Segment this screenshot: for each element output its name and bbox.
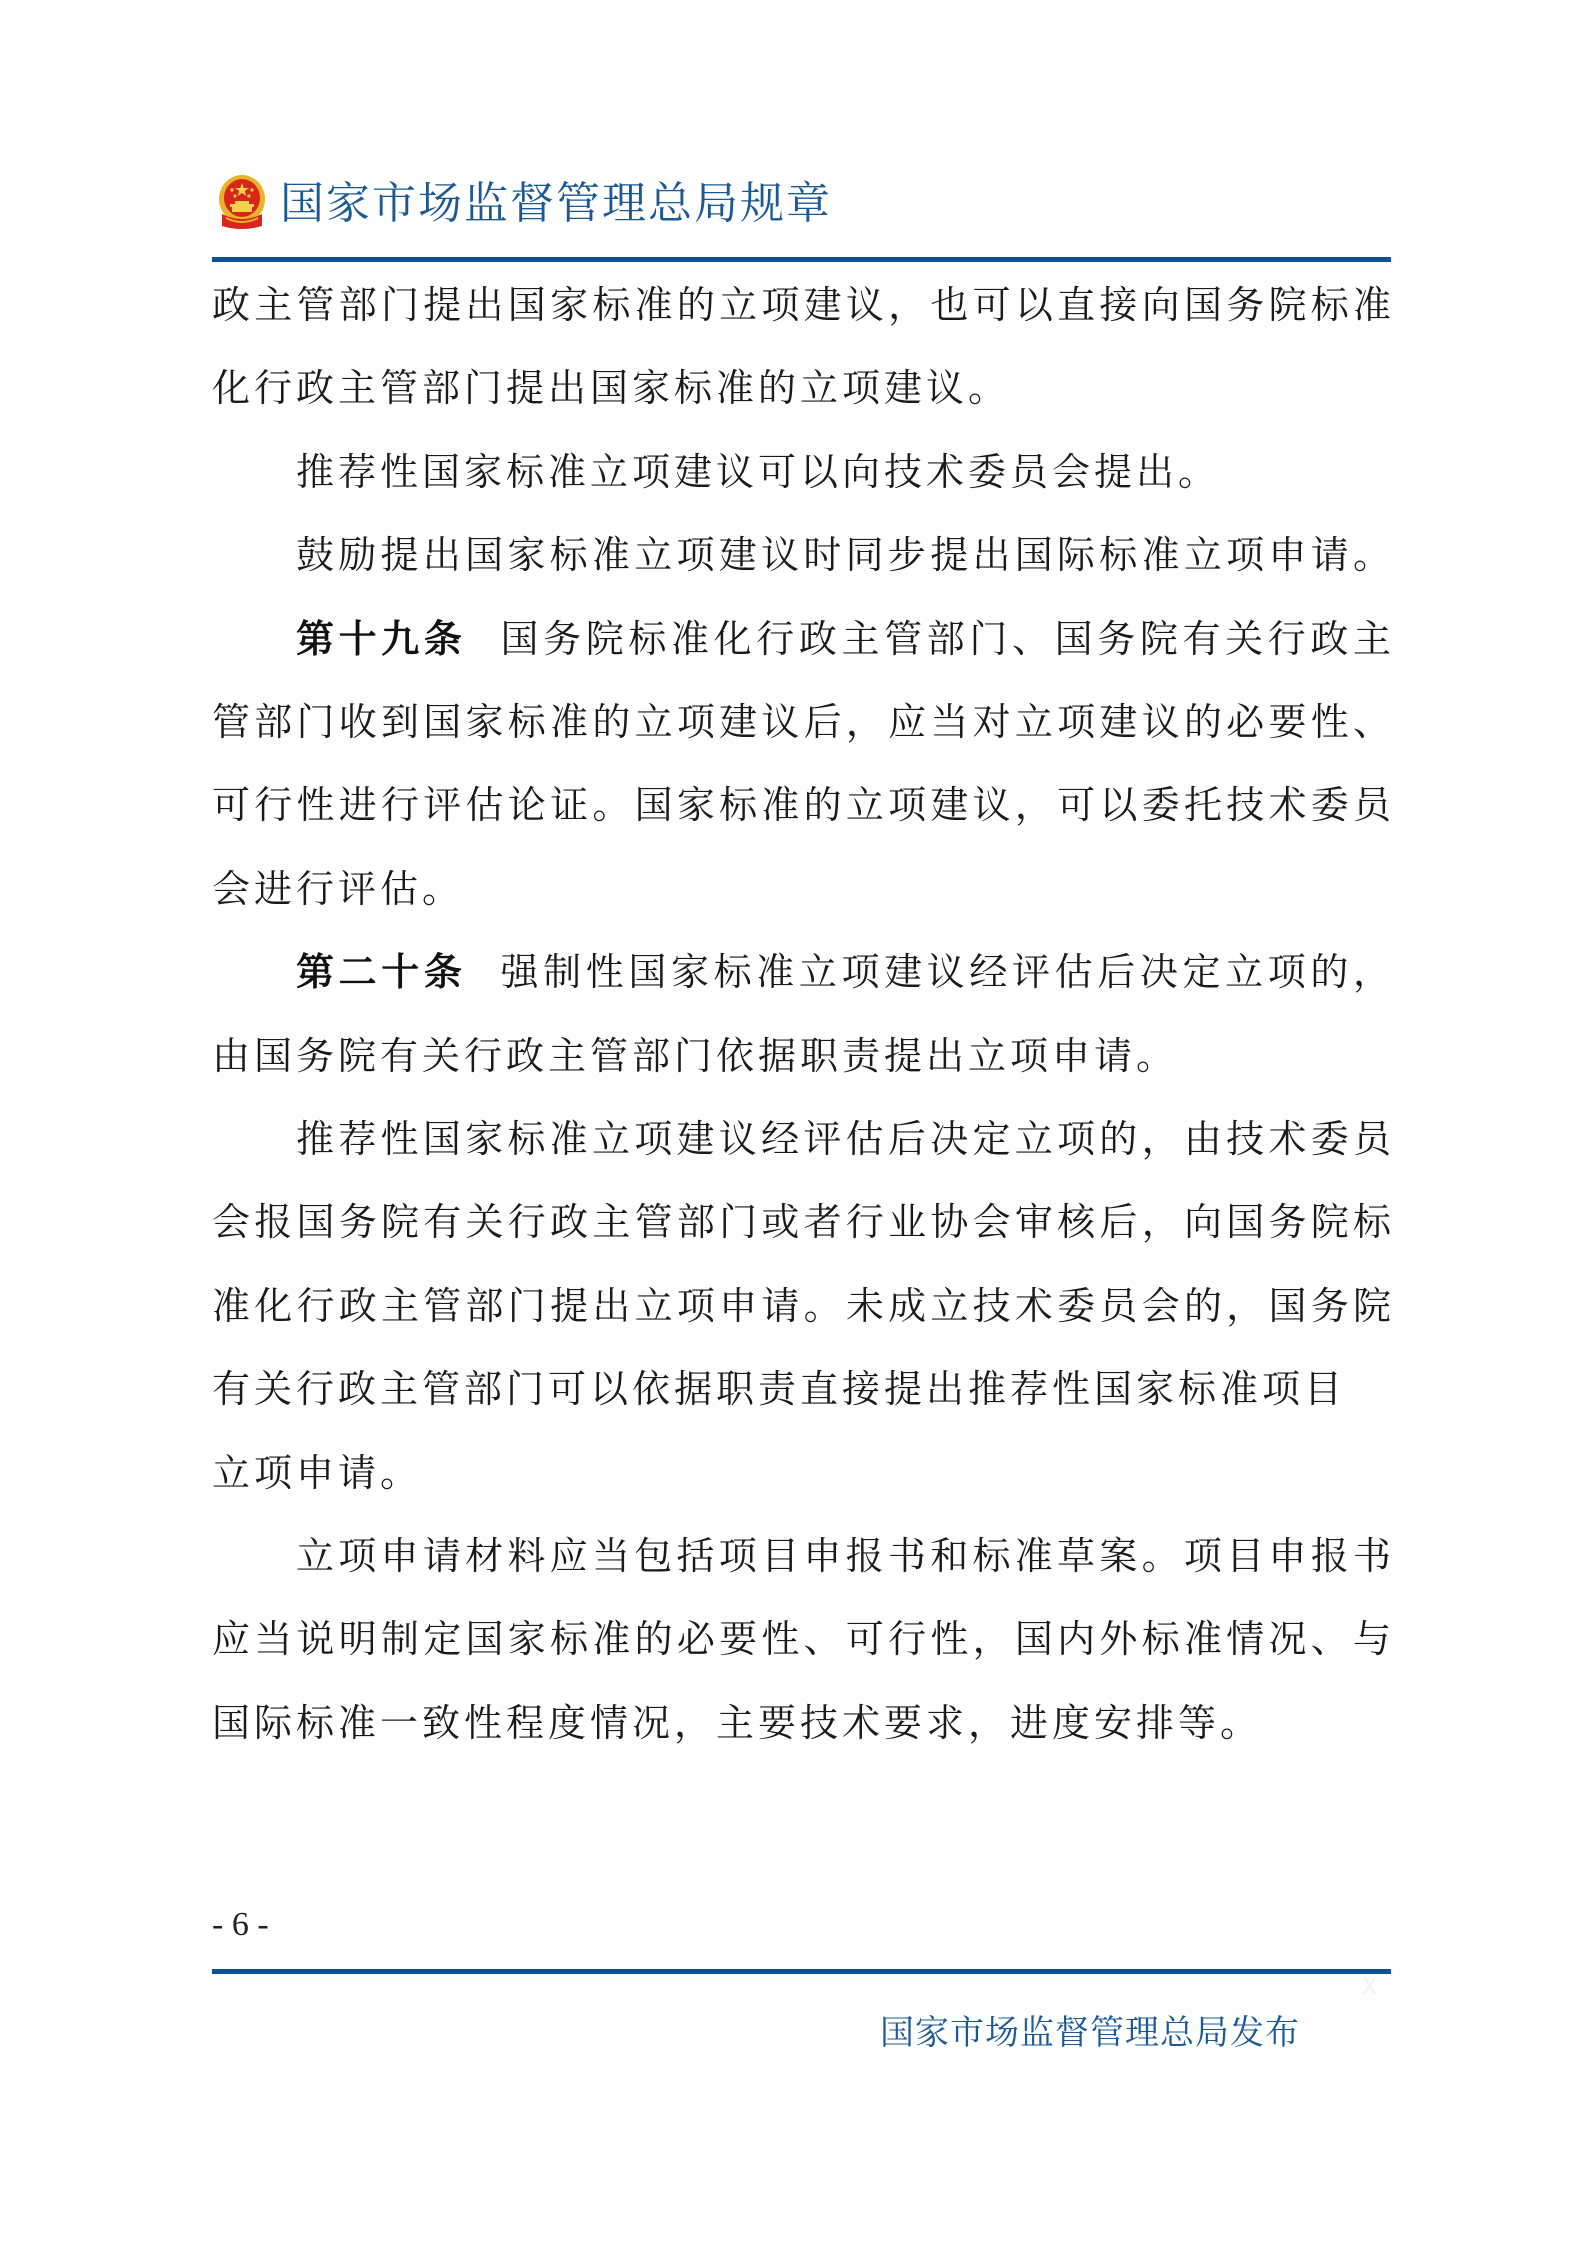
paragraph-line: 立项申请。 [212, 1448, 1391, 1498]
line-text: 强制性国家标准立项建议经评估后决定立项的， [501, 950, 1391, 994]
paragraph-line: 应当说明制定国家标准的必要性、可行性，国内外标准情况、与 [212, 1614, 1391, 1664]
paragraph-line: 化行政主管部门提出国家标准的立项建议。 [212, 363, 1391, 413]
paragraph-line: 准化行政主管部门提出立项申请。未成立技术委员会的，国务院 [212, 1281, 1391, 1331]
article-paragraph-line: 第十九条国务院标准化行政主管部门、国务院有关行政主 [212, 614, 1391, 664]
line-text: 由国务院有关行政主管部门依据职责提出立项申请。 [212, 1034, 1178, 1078]
header-divider [212, 257, 1391, 262]
footer-publisher: 国家市场监督管理总局发布 [880, 2012, 1300, 2056]
watermark: X [1362, 1975, 1377, 2000]
line-text: 推荐性国家标准立项建议经评估后决定立项的，由技术委员 [296, 1117, 1391, 1161]
paragraph-line: 有关行政主管部门可以依据职责直接提出推荐性国家标准项目 [212, 1364, 1391, 1414]
line-text: 国际标准一致性程度情况，主要技术要求，进度安排等。 [212, 1701, 1262, 1745]
line-text: 立项申请材料应当包括项目申报书和标准草案。项目申报书 [296, 1534, 1391, 1578]
line-text: 管部门收到国家标准的立项建议后，应当对立项建议的必要性、 [212, 700, 1391, 744]
line-text: 政主管部门提出国家标准的立项建议，也可以直接向国务院标准 [212, 283, 1391, 327]
line-text: 立项申请。 [212, 1451, 422, 1495]
paragraph-line: 政主管部门提出国家标准的立项建议，也可以直接向国务院标准 [212, 280, 1391, 330]
paragraph-line: 推荐性国家标准立项建议可以向技术委员会提出。 [212, 447, 1391, 497]
paragraph-line: 会进行评估。 [212, 864, 1391, 914]
header-title: 国家市场监督管理总局规章 [280, 176, 832, 232]
line-text: 会进行评估。 [212, 867, 464, 911]
line-text: 国务院标准化行政主管部门、国务院有关行政主 [501, 617, 1391, 661]
paragraph-line: 国际标准一致性程度情况，主要技术要求，进度安排等。 [212, 1698, 1391, 1748]
line-text: 推荐性国家标准立项建议可以向技术委员会提出。 [296, 450, 1220, 494]
line-text: 化行政主管部门提出国家标准的立项建议。 [212, 366, 1010, 410]
paragraph-line: 管部门收到国家标准的立项建议后，应当对立项建议的必要性、 [212, 697, 1391, 747]
line-text: 鼓励提出国家标准立项建议时同步提出国际标准立项申请。 [296, 533, 1391, 577]
page-header: 国家市场监督管理总局规章 [212, 166, 1391, 246]
paragraph-line: 可行性进行评估论证。国家标准的立项建议，可以委托技术委员 [212, 780, 1391, 830]
line-text: 有关行政主管部门可以依据职责直接提出推荐性国家标准项目 [212, 1367, 1346, 1411]
line-text: 准化行政主管部门提出立项申请。未成立技术委员会的，国务院 [212, 1284, 1391, 1328]
national-emblem-icon [218, 174, 266, 232]
paragraph-line: 立项申请材料应当包括项目申报书和标准草案。项目申报书 [212, 1531, 1391, 1581]
line-text: 会报国务院有关行政主管部门或者行业协会审核后，向国务院标 [212, 1200, 1391, 1244]
article-number: 第二十条 [296, 950, 467, 994]
page-number: - 6 - [212, 1905, 269, 1945]
article-number: 第十九条 [296, 617, 467, 661]
document-page: 国家市场监督管理总局规章 政主管部门提出国家标准的立项建议，也可以直接向国务院标… [0, 0, 1587, 2245]
paragraph-line: 由国务院有关行政主管部门依据职责提出立项申请。 [212, 1031, 1391, 1081]
line-text: 可行性进行评估论证。国家标准的立项建议，可以委托技术委员 [212, 783, 1391, 827]
line-text: 应当说明制定国家标准的必要性、可行性，国内外标准情况、与 [212, 1617, 1391, 1661]
paragraph-line: 鼓励提出国家标准立项建议时同步提出国际标准立项申请。 [212, 530, 1391, 580]
paragraph-line: 会报国务院有关行政主管部门或者行业协会审核后，向国务院标 [212, 1197, 1391, 1247]
article-paragraph-line: 第二十条强制性国家标准立项建议经评估后决定立项的， [212, 947, 1391, 997]
paragraph-line: 推荐性国家标准立项建议经评估后决定立项的，由技术委员 [212, 1114, 1391, 1164]
footer-divider [212, 1969, 1391, 1974]
